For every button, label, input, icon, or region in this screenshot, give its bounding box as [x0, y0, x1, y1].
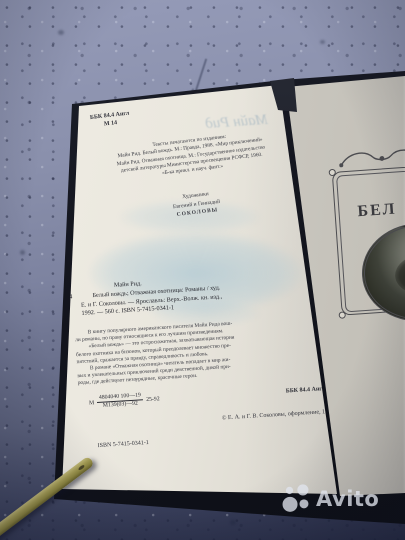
horseman-figure	[394, 251, 405, 296]
frame-corner-dot	[339, 311, 346, 318]
frame-corner-dot	[329, 169, 336, 176]
surface-spot	[58, 30, 64, 35]
formula-prefix: М	[89, 400, 95, 406]
pen-slot	[78, 464, 85, 471]
formula-batch: 25-92	[146, 396, 160, 403]
surface-crack	[195, 59, 207, 92]
avito-watermark: Avito	[282, 484, 379, 514]
avito-logo-icon	[282, 484, 312, 514]
formula-fraction: 4804040 100—19 М139(03)—92	[97, 392, 144, 410]
avito-watermark-label: Avito	[316, 487, 379, 511]
frame-border: БЕЛ	[332, 163, 405, 316]
surface-spot	[320, 40, 325, 44]
title-frame: БЕЛ	[320, 142, 405, 321]
frame-title-text: БЕЛ	[357, 201, 397, 222]
book-photo: Майн Рид ББК 84.4 Англ М 14 Тексты печат…	[0, 0, 405, 540]
surface-spot	[230, 520, 236, 525]
surface-spot	[20, 250, 25, 255]
bbk-code-right: ББК 84.4 Англ.	[286, 386, 327, 394]
